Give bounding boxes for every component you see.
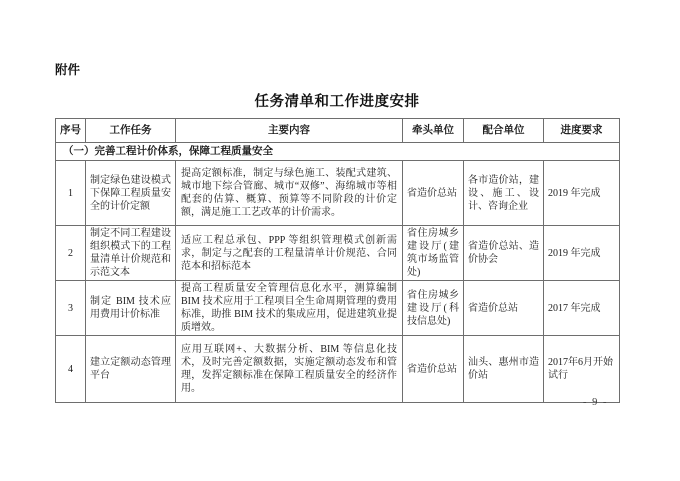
cell-support-unit: 省造价总站、造价协会 bbox=[464, 226, 544, 281]
cell-lead-unit: 省住房城乡建设厅(科技信息处) bbox=[403, 281, 464, 336]
cell-support-unit: 各市造价站，建设、施工、设计、咨询企业 bbox=[464, 161, 544, 226]
cell-seq: 1 bbox=[56, 161, 86, 226]
cell-support-unit: 省造价总站 bbox=[464, 281, 544, 336]
table-row: 2 制定不同工程建设组织模式下的工程量清单计价规范和示范文本 适应工程总承包、P… bbox=[56, 226, 620, 281]
column-header-seq: 序号 bbox=[56, 119, 86, 143]
table-row: 3 制定 BIM 技术应用费用计价标准 提高工程质量安全管理信息化水平，测算编制… bbox=[56, 281, 620, 336]
section-header-row: （一）完善工程计价体系，保障工程质量安全 bbox=[56, 143, 620, 161]
column-header-schedule: 进度要求 bbox=[544, 119, 620, 143]
section-header: （一）完善工程计价体系，保障工程质量安全 bbox=[56, 143, 620, 161]
cell-content: 应用互联网+、大数据分析、BIM 等信息化技术，及时完善定额数据，实施定额动态发… bbox=[176, 336, 403, 403]
column-header-lead-unit: 牵头单位 bbox=[403, 119, 464, 143]
cell-task: 制定不同工程建设组织模式下的工程量清单计价规范和示范文本 bbox=[86, 226, 176, 281]
cell-support-unit: 汕头、惠州市造价站 bbox=[464, 336, 544, 403]
cell-content: 适应工程总承包、PPP 等组织管理模式创新需求，制定与之配套的工程量清单计价规范… bbox=[176, 226, 403, 281]
table-row: 4 建立定额动态管理平台 应用互联网+、大数据分析、BIM 等信息化技术，及时完… bbox=[56, 336, 620, 403]
cell-task: 制定绿色建设模式下保障工程质量安全的计价定额 bbox=[86, 161, 176, 226]
column-header-content: 主要内容 bbox=[176, 119, 403, 143]
cell-task: 制定 BIM 技术应用费用计价标准 bbox=[86, 281, 176, 336]
cell-seq: 3 bbox=[56, 281, 86, 336]
cell-content: 提高定额标准，制定与绿色施工、装配式建筑、城市地下综合管廊、城市“双修”、海绵城… bbox=[176, 161, 403, 226]
column-header-support-unit: 配合单位 bbox=[464, 119, 544, 143]
cell-lead-unit: 省造价总站 bbox=[403, 336, 464, 403]
cell-content: 提高工程质量安全管理信息化水平，测算编制 BIM 技术应用于工程项目全生命周期管… bbox=[176, 281, 403, 336]
page-title: 任务清单和工作进度安排 bbox=[55, 90, 619, 111]
table-header-row: 序号 工作任务 主要内容 牵头单位 配合单位 进度要求 bbox=[56, 119, 620, 143]
cell-seq: 2 bbox=[56, 226, 86, 281]
cell-lead-unit: 省住房城乡建设厅(建筑市场监管处) bbox=[403, 226, 464, 281]
table-row: 1 制定绿色建设模式下保障工程质量安全的计价定额 提高定额标准，制定与绿色施工、… bbox=[56, 161, 620, 226]
cell-schedule: 2017年6月开始试行 bbox=[544, 336, 620, 403]
cell-task: 建立定额动态管理平台 bbox=[86, 336, 176, 403]
cell-seq: 4 bbox=[56, 336, 86, 403]
task-schedule-table: 序号 工作任务 主要内容 牵头单位 配合单位 进度要求 （一）完善工程计价体系，… bbox=[55, 118, 620, 403]
column-header-task: 工作任务 bbox=[86, 119, 176, 143]
attachment-label: 附件 bbox=[55, 60, 80, 78]
cell-schedule: 2019 年完成 bbox=[544, 226, 620, 281]
cell-schedule: 2019 年完成 bbox=[544, 161, 620, 226]
cell-schedule: 2017 年完成 bbox=[544, 281, 620, 336]
cell-lead-unit: 省造价总站 bbox=[403, 161, 464, 226]
page-number: - 9 - bbox=[583, 397, 608, 408]
